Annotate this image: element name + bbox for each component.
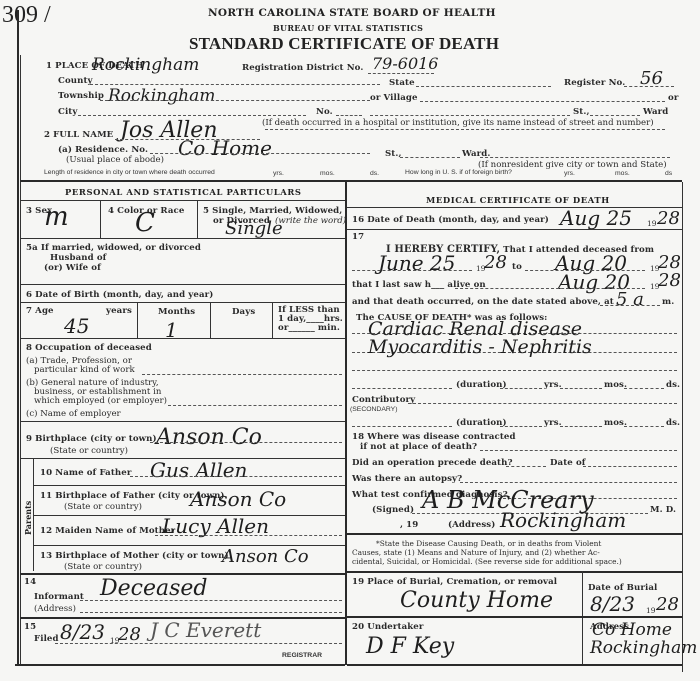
undertaker-label: 20 Undertaker — [352, 622, 424, 632]
physician-address-value: Rockingham — [500, 508, 626, 532]
md-label: M. D. — [650, 505, 676, 515]
informant-label: Informant — [34, 592, 84, 602]
burial-date-value: 8/23 — [590, 592, 635, 616]
residence-value: Co Home — [178, 136, 272, 160]
spouse-husband-label: Husband of — [50, 253, 106, 263]
date-of-death-value: Aug 25 — [560, 206, 632, 230]
last-saw-year: 28 — [658, 270, 681, 291]
attended-from-year: 28 — [484, 252, 507, 273]
marital-status-value: Single — [225, 218, 283, 239]
informant-number: 14 — [24, 577, 36, 587]
hospital-note: (If death occurred in a hospital or inst… — [262, 118, 654, 128]
age-label: 7 Age — [26, 306, 54, 316]
sex-value: m — [44, 202, 69, 232]
city-label: City — [58, 107, 77, 117]
divider-main — [20, 180, 682, 182]
birthplace-state-label: (State or country) — [50, 446, 128, 456]
registration-district-value: 79-6016 — [372, 54, 438, 73]
medical-section-title: MEDICAL CERTIFICATE OF DEATH — [426, 195, 610, 205]
to-label: to — [512, 262, 522, 272]
bureau-name: BUREAU OF VITAL STATISTICS — [273, 23, 423, 33]
page-title: STANDARD CERTIFICATE OF DEATH — [189, 34, 499, 54]
spouse-wife-label: (or) Wife of — [44, 263, 101, 273]
duration-2-ds: ds. — [666, 418, 680, 428]
duration-ds: ds. — [666, 380, 680, 390]
full-name-label: 2 FULL NAME — [44, 130, 113, 140]
dob-label: 6 Date of Birth (month, day, and year) — [26, 290, 213, 300]
months-label: Months — [158, 307, 195, 317]
burial-place-label: 19 Place of Burial, Cremation, or remova… — [352, 577, 557, 587]
ward-label: Ward — [643, 107, 668, 117]
occupation-b-label-3: which employed (or employer) — [34, 396, 167, 406]
occupation-a-label-2: particular kind of work — [34, 365, 135, 375]
registrar-signature: J C Everett — [150, 618, 261, 642]
cause-line-2: Myocarditis - Nephritis — [368, 336, 592, 358]
burial-place-value: County Home — [400, 588, 553, 613]
yrs2-label: yrs. — [564, 170, 575, 177]
operation-label: Did an operation precede death? — [352, 458, 513, 468]
disease-contracted-label-2: if not at place of death? — [360, 442, 477, 452]
contributory-label: Contributory — [352, 395, 415, 405]
death-time-m: m. — [662, 297, 674, 307]
mother-birthplace-state-label: (State or country) — [64, 562, 142, 572]
mother-birthplace-label: 13 Birthplace of Mother (city or town) — [40, 551, 229, 561]
death-time-value: 5 a — [616, 289, 644, 310]
filed-date: 8/23 — [60, 620, 105, 644]
death-time-label: and that death occurred, on the date sta… — [352, 297, 614, 307]
less-than-min: or______ min. — [278, 323, 340, 333]
signed-label: (Signed) — [372, 505, 414, 515]
county-label: County — [58, 76, 93, 86]
birthplace-label: 9 Birthplace (city or town) — [26, 434, 157, 444]
item-17-label: 17 — [352, 232, 364, 242]
ds2-label: ds — [665, 170, 672, 177]
undertaker-address-line-1: Co Home — [592, 620, 672, 640]
autopsy-label: Was there an autopsy? — [352, 474, 462, 484]
color-value: C — [135, 208, 155, 238]
mos-label: mos. — [320, 170, 335, 177]
disease-contracted-label: 18 Where was disease contracted — [352, 432, 516, 442]
residence-sub: (Usual place of abode) — [66, 155, 164, 165]
filed-number: 15 — [24, 622, 36, 632]
file-number: 309 / — [2, 2, 51, 29]
footnote-1: *State the Disease Causing Death, or in … — [376, 539, 601, 548]
undertaker-value: D F Key — [366, 634, 454, 659]
number-label: No. — [316, 107, 333, 117]
burial-year: 28 — [656, 594, 679, 615]
right-border — [682, 182, 683, 672]
physician-address-label: (Address) — [448, 520, 495, 530]
date-of-death-label: 16 Date of Death (month, day, and year) — [352, 215, 549, 225]
register-no-label: Register No. — [564, 78, 625, 88]
date-of-death-year-prefix: 19 — [647, 219, 656, 228]
footnote-2: Causes, state (1) Means and Nature of In… — [352, 548, 600, 557]
registrar-label: REGISTRAR — [282, 652, 322, 659]
father-name-value: Gus Allen — [150, 458, 247, 482]
township-label: Township — [58, 91, 104, 101]
street-label: St., — [573, 107, 590, 117]
county-value: Rockingham — [92, 55, 199, 75]
spouse-label: 5a If married, widowed, or divorced — [26, 243, 201, 253]
length-of-residence-label: Length of residence in city or town wher… — [44, 169, 215, 176]
informant-address-label: (Address) — [34, 604, 76, 614]
mother-birthplace-value: Anson Co — [222, 546, 309, 567]
undertaker-address-line-2: Rockingham — [590, 638, 697, 658]
burial-year-prefix: 19 — [646, 606, 655, 615]
agency-name: NORTH CAROLINA STATE BOARD OF HEALTH — [208, 7, 496, 19]
occupation-label: 8 Occupation of deceased — [26, 343, 152, 353]
foreign-birth-label: How long in U. S. if of foreign birth? — [405, 169, 512, 176]
attended-from-value: June 25 — [378, 251, 455, 275]
state-label: State — [389, 78, 415, 88]
footnote-3: cidental, Suicidal, or Homicidal. (See r… — [352, 557, 622, 566]
father-name-label: 10 Name of Father — [40, 468, 131, 478]
years-label: years — [106, 306, 132, 316]
birthplace-value: Anson Co — [156, 425, 262, 450]
marital-status-label-3: (write the word) — [275, 216, 346, 226]
ds-label: ds. — [370, 170, 379, 177]
father-birthplace-state-label: (State or country) — [64, 502, 142, 512]
father-birthplace-value: Anson Co — [190, 487, 286, 511]
physician-date: , 19 — [400, 520, 418, 530]
marital-status-label: 5 Single, Married, Widowed, — [203, 206, 342, 216]
informant-value: Deceased — [100, 576, 208, 601]
operation-date-label: Date of — [550, 458, 586, 468]
or-label: or — [668, 93, 678, 103]
secondary-label: (SECONDARY) — [350, 406, 397, 413]
left-border — [17, 10, 19, 665]
township-value: Rockingham — [108, 86, 215, 106]
employer-label: (c) Name of employer — [26, 409, 121, 419]
filed-year: 28 — [118, 624, 141, 645]
personal-section-title: PERSONAL AND STATISTICAL PARTICULARS — [65, 187, 302, 197]
center-divider — [345, 182, 347, 665]
residence-label: (a) Residence. No. — [58, 145, 148, 155]
age-years-value: 45 — [64, 314, 89, 338]
parents-label: Parents — [23, 501, 33, 535]
registration-district-label: Registration District No. — [242, 63, 363, 73]
days-label: Days — [232, 307, 255, 317]
mos2-label: mos. — [615, 170, 630, 177]
village-label: or Village — [370, 93, 418, 103]
date-of-death-year: 28 — [657, 208, 680, 229]
yrs-label: yrs. — [273, 170, 284, 177]
